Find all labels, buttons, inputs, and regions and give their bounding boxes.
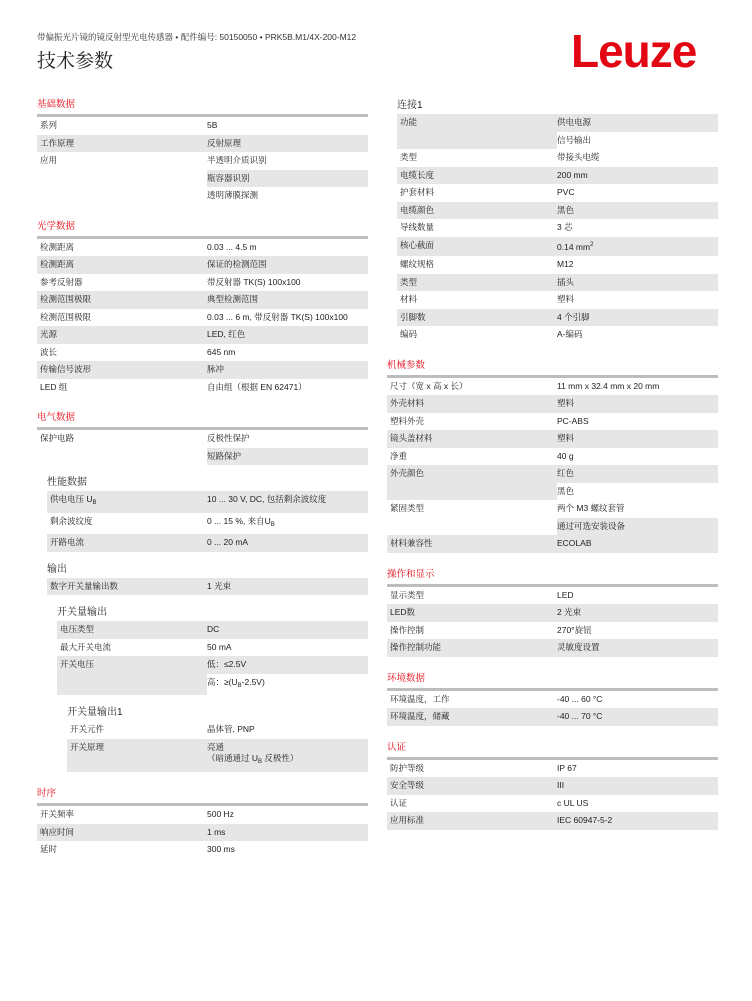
row-label: 核心截面 bbox=[397, 237, 557, 257]
table-row: 电压类型 DC bbox=[57, 621, 368, 639]
row-label: 认证 bbox=[387, 795, 557, 813]
row-value: 40 g bbox=[557, 448, 718, 466]
row-value: 1 ms bbox=[207, 824, 368, 842]
row-label: 安全等级 bbox=[387, 777, 557, 795]
row-value: 透明薄膜探测 bbox=[207, 187, 368, 205]
row-value: LED, 红色 bbox=[207, 326, 368, 344]
row-label: 显示类型 bbox=[387, 587, 557, 605]
row-value: 供电电源 bbox=[557, 114, 718, 132]
table-row: 护套材料PVC bbox=[397, 184, 718, 202]
row-value: -40 ... 70 °C bbox=[557, 708, 718, 726]
table-row: 塑料外壳PC-ABS bbox=[387, 413, 718, 431]
row-label: 导线数量 bbox=[397, 219, 557, 237]
table-row: 光源LED, 红色 bbox=[37, 326, 368, 344]
section-timing: 时序 开关频率500 Hz 响应时间1 ms 延时300 ms bbox=[37, 785, 368, 859]
row-value: 塑料 bbox=[557, 291, 718, 309]
table-row: 防护等级IP 67 bbox=[387, 760, 718, 778]
section-heading: 机械参数 bbox=[387, 357, 718, 375]
table-row: 开关元件 晶体管, PNP bbox=[67, 721, 368, 739]
table-row: 紧固类型 两个 M3 螺纹套管 通过可选安装设备 bbox=[387, 500, 718, 535]
row-label: 最大开关电流 bbox=[57, 639, 207, 657]
row-value: 带接头电缆 bbox=[557, 149, 718, 167]
row-label: 剩余波纹度 bbox=[47, 513, 207, 535]
row-value: 红色 bbox=[557, 465, 718, 483]
row-value: 3 芯 bbox=[557, 219, 718, 237]
row-value: 自由组（根据 EN 62471） bbox=[207, 379, 368, 397]
row-label: 环境温度，工作 bbox=[387, 691, 557, 709]
row-value: IP 67 bbox=[557, 760, 718, 778]
row-label: 开关原理 bbox=[67, 739, 207, 773]
row-label: LED数 bbox=[387, 604, 557, 622]
row-label: 紧固类型 bbox=[387, 500, 557, 535]
row-label: 开关元件 bbox=[67, 721, 207, 739]
section-heading: 操作和显示 bbox=[387, 566, 718, 584]
row-value: LED bbox=[557, 587, 718, 605]
row-value: 插头 bbox=[557, 274, 718, 292]
subsection-switching-output: 开关量输出 电压类型 DC 最大开关电流 50 mA 开关电压 低：≤2.5V … bbox=[57, 603, 368, 695]
row-value: 两个 M3 螺纹套管 bbox=[557, 500, 718, 518]
subsection-heading: 开关量输出1 bbox=[67, 703, 368, 721]
table-row: 传输信号波形脉冲 bbox=[37, 361, 368, 379]
row-value: 灵敏度设置 bbox=[557, 639, 718, 657]
row-label: 电压类型 bbox=[57, 621, 207, 639]
table-row: 延时300 ms bbox=[37, 841, 368, 859]
row-value: ECOLAB bbox=[557, 535, 718, 553]
table-row: 检测范围极限0.03 ... 6 m, 带反射器 TK(S) 100x100 bbox=[37, 309, 368, 327]
section-basic-data: 基础数据 系列 5B 工作原理 反射原理 应用 半透明介质识别 瓶容器识别 透明… bbox=[37, 96, 368, 205]
row-label: 护套材料 bbox=[397, 184, 557, 202]
row-label: 响应时间 bbox=[37, 824, 207, 842]
leuze-logo: Leuze bbox=[571, 24, 696, 78]
row-value: 脉冲 bbox=[207, 361, 368, 379]
row-value: 2 光束 bbox=[557, 604, 718, 622]
table-row: 电缆颜色黑色 bbox=[397, 202, 718, 220]
row-label: 引脚数 bbox=[397, 309, 557, 327]
row-label: 检测距离 bbox=[37, 239, 207, 257]
row-label: 开路电流 bbox=[47, 534, 207, 552]
table-row: 尺寸（宽 x 高 x 长）11 mm x 32.4 mm x 20 mm bbox=[387, 378, 718, 396]
row-label: 光源 bbox=[37, 326, 207, 344]
row-value: 0 ... 15 %, 来自UB bbox=[207, 513, 368, 535]
row-value: M12 bbox=[557, 256, 718, 274]
table-row: 应用标准IEC 60947-5-2 bbox=[387, 812, 718, 830]
table-row: 净重40 g bbox=[387, 448, 718, 466]
section-heading: 环境数据 bbox=[387, 670, 718, 688]
row-label: 塑料外壳 bbox=[387, 413, 557, 431]
table-row: 参考反射器带反射器 TK(S) 100x100 bbox=[37, 274, 368, 292]
row-label: 检测距离 bbox=[37, 256, 207, 274]
table-row: 类型带接头电缆 bbox=[397, 149, 718, 167]
table-row: 开关电压 低：≤2.5V 高：≥(UB-2.5V) bbox=[57, 656, 368, 695]
row-label: 环境温度，储藏 bbox=[387, 708, 557, 726]
row-label: 功能 bbox=[397, 114, 557, 149]
row-value: 晶体管, PNP bbox=[207, 721, 368, 739]
row-label: 外壳材料 bbox=[387, 395, 557, 413]
row-value: 短路保护 bbox=[207, 448, 368, 466]
row-value: c UL US bbox=[557, 795, 718, 813]
table-row: 镜头盖材料塑料 bbox=[387, 430, 718, 448]
row-label: 检测范围极限 bbox=[37, 309, 207, 327]
row-value: 0.03 ... 4.5 m bbox=[207, 239, 368, 257]
row-value: 高：≥(UB-2.5V) bbox=[207, 674, 368, 696]
table-row: 编码A-编码 bbox=[397, 326, 718, 344]
section-heading: 光学数据 bbox=[37, 218, 368, 236]
section-connection-1: 连接1 功能 供电电源 信号输出 类型带接头电缆 电缆长度200 mm 护套材料… bbox=[397, 96, 718, 344]
row-value: A-编码 bbox=[557, 326, 718, 344]
subsection-switching-output-1: 开关量输出1 开关元件 晶体管, PNP 开关原理 亮通 （暗通通过 UB 反极… bbox=[67, 703, 368, 772]
row-value: 半透明介质识别 bbox=[207, 152, 368, 170]
table-row: 认证c UL US bbox=[387, 795, 718, 813]
section-heading: 基础数据 bbox=[37, 96, 368, 114]
row-label: 供电电压 UB bbox=[47, 491, 207, 513]
section-mechanical-data: 机械参数 尺寸（宽 x 高 x 长）11 mm x 32.4 mm x 20 m… bbox=[387, 357, 718, 553]
row-label: 数字开关量输出数 bbox=[47, 578, 207, 596]
row-value: 黑色 bbox=[557, 202, 718, 220]
document-subtitle: 带偏振光片镜的镜反射型光电传感器 • 配件编号: 50150050 • PRK5… bbox=[37, 31, 356, 43]
row-value: 反极性保护 bbox=[207, 430, 368, 448]
subsection-heading: 性能数据 bbox=[47, 473, 368, 491]
row-value: III bbox=[557, 777, 718, 795]
subsection-heading: 开关量输出 bbox=[57, 603, 368, 621]
row-label: 材料兼容性 bbox=[387, 535, 557, 553]
table-row: 材料塑料 bbox=[397, 291, 718, 309]
table-row: 检测距离0.03 ... 4.5 m bbox=[37, 239, 368, 257]
table-row: 剩余波纹度 0 ... 15 %, 来自UB bbox=[47, 513, 368, 535]
row-label: 检测范围极限 bbox=[37, 291, 207, 309]
row-value: 瓶容器识别 bbox=[207, 170, 368, 188]
table-row: 开关频率500 Hz bbox=[37, 806, 368, 824]
row-value: 反射原理 bbox=[207, 135, 368, 153]
row-value: PVC bbox=[557, 184, 718, 202]
row-label: 镜头盖材料 bbox=[387, 430, 557, 448]
row-value: 低：≤2.5V bbox=[207, 656, 368, 674]
section-heading: 认证 bbox=[387, 739, 718, 757]
table-row: 螺纹规格M12 bbox=[397, 256, 718, 274]
row-label: 应用 bbox=[37, 152, 207, 205]
table-row: 环境温度，工作-40 ... 60 °C bbox=[387, 691, 718, 709]
row-label: 系列 bbox=[37, 117, 207, 135]
subsection-heading: 连接1 bbox=[397, 96, 718, 114]
row-value: 0 ... 20 mA bbox=[207, 534, 368, 552]
row-value: 50 mA bbox=[207, 639, 368, 657]
table-row: 系列 5B bbox=[37, 117, 368, 135]
table-row: 环境温度，储藏-40 ... 70 °C bbox=[387, 708, 718, 726]
row-value: 黑色 bbox=[557, 483, 718, 501]
table-row: 响应时间1 ms bbox=[37, 824, 368, 842]
table-row: 检测范围极限典型检测范围 bbox=[37, 291, 368, 309]
subsection-performance: 性能数据 供电电压 UB 10 ... 30 V, DC, 包括剩余波纹度 剩余… bbox=[47, 473, 368, 595]
row-value: 5B bbox=[207, 117, 368, 135]
section-environment: 环境数据 环境温度，工作-40 ... 60 °C 环境温度，储藏-40 ...… bbox=[387, 670, 718, 726]
table-row: 应用 半透明介质识别 瓶容器识别 透明薄膜探测 bbox=[37, 152, 368, 205]
row-value: 11 mm x 32.4 mm x 20 mm bbox=[557, 378, 718, 396]
row-value: 270°旋钮 bbox=[557, 622, 718, 640]
table-row: LED数2 光束 bbox=[387, 604, 718, 622]
row-label: 波长 bbox=[37, 344, 207, 362]
row-label: 延时 bbox=[37, 841, 207, 859]
table-row: 导线数量3 芯 bbox=[397, 219, 718, 237]
row-value: IEC 60947-5-2 bbox=[557, 812, 718, 830]
section-optical-data: 光学数据 检测距离0.03 ... 4.5 m 检测距离保证的检测范围 参考反射… bbox=[37, 218, 368, 397]
row-value: 保证的检测范围 bbox=[207, 256, 368, 274]
subsection-heading: 输出 bbox=[47, 560, 368, 578]
row-label: 应用标准 bbox=[387, 812, 557, 830]
row-label: 电缆颜色 bbox=[397, 202, 557, 220]
row-label: 保护电路 bbox=[37, 430, 207, 465]
row-value: 带反射器 TK(S) 100x100 bbox=[207, 274, 368, 292]
row-value: 300 ms bbox=[207, 841, 368, 859]
row-value: 典型检测范围 bbox=[207, 291, 368, 309]
section-certification: 认证 防护等级IP 67 安全等级III 认证c UL US 应用标准IEC 6… bbox=[387, 739, 718, 830]
row-value: 通过可选安装设备 bbox=[557, 518, 718, 536]
row-value: 信号输出 bbox=[557, 132, 718, 150]
table-row: LED 组自由组（根据 EN 62471） bbox=[37, 379, 368, 397]
row-value: 0.03 ... 6 m, 带反射器 TK(S) 100x100 bbox=[207, 309, 368, 327]
row-value: 500 Hz bbox=[207, 806, 368, 824]
right-column: 连接1 功能 供电电源 信号输出 类型带接头电缆 电缆长度200 mm 护套材料… bbox=[387, 96, 718, 830]
row-label: 类型 bbox=[397, 274, 557, 292]
row-label: 编码 bbox=[397, 326, 557, 344]
section-heading: 时序 bbox=[37, 785, 368, 803]
section-heading: 电气数据 bbox=[37, 409, 368, 427]
row-label: 传输信号波形 bbox=[37, 361, 207, 379]
row-value: 塑料 bbox=[557, 395, 718, 413]
row-label: 外壳颜色 bbox=[387, 465, 557, 500]
row-value: 200 mm bbox=[557, 167, 718, 185]
page-title: 技术参数 bbox=[37, 46, 113, 73]
row-label: 净重 bbox=[387, 448, 557, 466]
table-row: 电缆长度200 mm bbox=[397, 167, 718, 185]
row-label: 材料 bbox=[397, 291, 557, 309]
table-row: 引脚数4 个引脚 bbox=[397, 309, 718, 327]
table-row: 外壳颜色 红色 黑色 bbox=[387, 465, 718, 500]
row-value: 1 光束 bbox=[207, 578, 368, 596]
table-row: 功能 供电电源 信号输出 bbox=[397, 114, 718, 149]
row-value: 4 个引脚 bbox=[557, 309, 718, 327]
table-row: 最大开关电流 50 mA bbox=[57, 639, 368, 657]
row-label: 防护等级 bbox=[387, 760, 557, 778]
table-row: 安全等级III bbox=[387, 777, 718, 795]
row-label: 尺寸（宽 x 高 x 长） bbox=[387, 378, 557, 396]
table-row: 类型插头 bbox=[397, 274, 718, 292]
table-row: 保护电路 反极性保护 短路保护 bbox=[37, 430, 368, 465]
row-value: -40 ... 60 °C bbox=[557, 691, 718, 709]
row-value: PC-ABS bbox=[557, 413, 718, 431]
table-row: 检测距离保证的检测范围 bbox=[37, 256, 368, 274]
table-row: 开关原理 亮通 （暗通通过 UB 反极性） bbox=[67, 739, 368, 773]
table-row: 显示类型LED bbox=[387, 587, 718, 605]
row-label: 类型 bbox=[397, 149, 557, 167]
row-value: 0.14 mm2 bbox=[557, 237, 718, 257]
row-label: 开关电压 bbox=[57, 656, 207, 695]
row-value: 塑料 bbox=[557, 430, 718, 448]
row-value: 645 nm bbox=[207, 344, 368, 362]
table-row: 波长645 nm bbox=[37, 344, 368, 362]
row-label: 开关频率 bbox=[37, 806, 207, 824]
row-label: 参考反射器 bbox=[37, 274, 207, 292]
row-label: 工作原理 bbox=[37, 135, 207, 153]
row-label: 操作控制 bbox=[387, 622, 557, 640]
table-row: 操作控制270°旋钮 bbox=[387, 622, 718, 640]
table-row: 核心截面0.14 mm2 bbox=[397, 237, 718, 257]
row-label: LED 组 bbox=[37, 379, 207, 397]
row-value: 亮通 （暗通通过 UB 反极性） bbox=[207, 739, 368, 773]
table-row: 外壳材料塑料 bbox=[387, 395, 718, 413]
table-row: 工作原理 反射原理 bbox=[37, 135, 368, 153]
table-row: 数字开关量输出数 1 光束 bbox=[47, 578, 368, 596]
row-label: 操作控制功能 bbox=[387, 639, 557, 657]
table-row: 供电电压 UB 10 ... 30 V, DC, 包括剩余波纹度 bbox=[47, 491, 368, 513]
row-label: 螺纹规格 bbox=[397, 256, 557, 274]
table-row: 开路电流 0 ... 20 mA bbox=[47, 534, 368, 552]
section-operation-display: 操作和显示 显示类型LED LED数2 光束 操作控制270°旋钮 操作控制功能… bbox=[387, 566, 718, 657]
table-row: 材料兼容性ECOLAB bbox=[387, 535, 718, 553]
left-column: 基础数据 系列 5B 工作原理 反射原理 应用 半透明介质识别 瓶容器识别 透明… bbox=[37, 96, 368, 859]
row-value: 10 ... 30 V, DC, 包括剩余波纹度 bbox=[207, 491, 368, 509]
section-electrical-data: 电气数据 保护电路 反极性保护 短路保护 性能数据 供电电压 UB 10 ...… bbox=[37, 409, 368, 772]
row-value: DC bbox=[207, 621, 368, 639]
row-label: 电缆长度 bbox=[397, 167, 557, 185]
table-row: 操作控制功能灵敏度设置 bbox=[387, 639, 718, 657]
